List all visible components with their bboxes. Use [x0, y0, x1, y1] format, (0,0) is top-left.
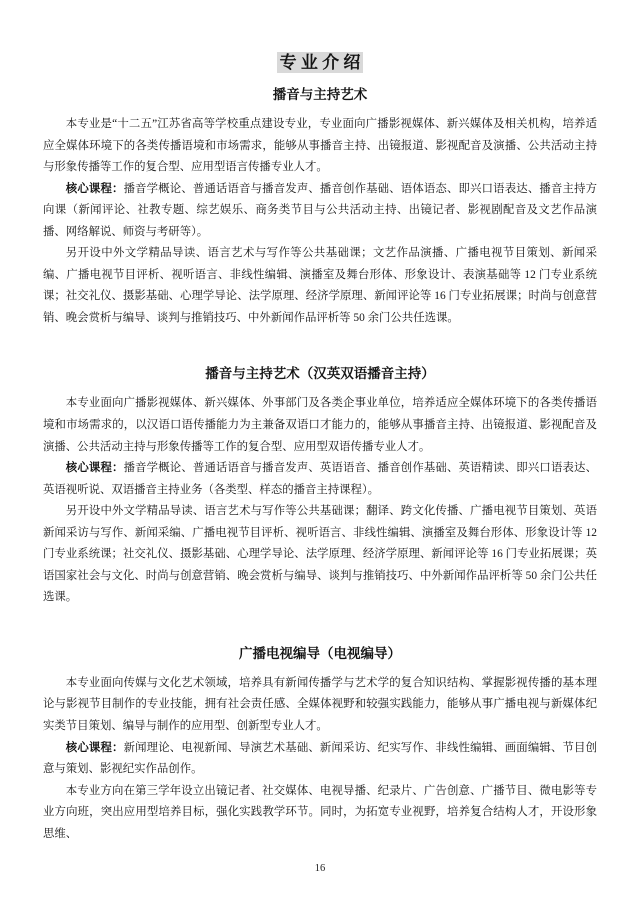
- document-page: 专 业 介 绍 播音与主持艺术 本专业是“十二五”江苏省高等学校重点建设专业，专…: [0, 0, 640, 905]
- paragraph: 核心课程：播音学概论、普通话语音与播音发声、播音创作基础、语体语态、即兴口语表达…: [43, 179, 597, 244]
- paragraph-text: 播音学概论、普通话语音与播音发声、播音创作基础、语体语态、即兴口语表达、播音主持…: [43, 183, 597, 238]
- section-heading: 播音与主持艺术: [43, 85, 597, 105]
- page-title-text: 专 业 介 绍: [277, 52, 364, 73]
- paragraph-text: 播音学概论、普通话语音与播音发声、英语语音、播音创作基础、英语精读、即兴口语表达…: [43, 462, 597, 496]
- paragraph-lead: 核心课程：: [66, 742, 124, 754]
- page-title: 专 业 介 绍: [43, 50, 597, 76]
- paragraph: 本专业面向广播影视媒体、新兴媒体、外事部门及各类企事业单位，培养适应全媒体环境下…: [43, 393, 597, 458]
- paragraph-text: 本专业方向在第三学年设立出镜记者、社交媒体、电视导播、纪录片、广告创意、广播节目…: [43, 785, 597, 840]
- section-broadcasting-hosting: 播音与主持艺术 本专业是“十二五”江苏省高等学校重点建设专业，专业面向广播影视媒…: [43, 85, 597, 329]
- paragraph: 另开设中外文学精品导读、语言艺术与写作等公共基础课；翻译、跨文化传播、广播电视节…: [43, 501, 597, 609]
- paragraph-text: 新闻理论、电视新闻、导演艺术基础、新闻采访、纪实写作、非线性编辑、画面编辑、节目…: [43, 742, 597, 776]
- paragraph-lead: 核心课程：: [66, 183, 124, 195]
- paragraph-text: 本专业面向传媒与文化艺术领域，培养具有新闻传播学与艺术学的复合知识结构、掌握影视…: [43, 677, 597, 732]
- paragraph-text: 本专业面向广播影视媒体、新兴媒体、外事部门及各类企事业单位，培养适应全媒体环境下…: [43, 397, 597, 452]
- paragraph: 本专业是“十二五”江苏省高等学校重点建设专业，专业面向广播影视媒体、新兴媒体及相…: [43, 114, 597, 179]
- paragraph-text: 另开设中外文学精品导读、语言艺术与写作等公共基础课；文艺作品演播、广播电视节目策…: [43, 247, 597, 324]
- page-number: 16: [0, 863, 640, 874]
- paragraph: 另开设中外文学精品导读、语言艺术与写作等公共基础课；文艺作品演播、广播电视节目策…: [43, 243, 597, 329]
- paragraph: 本专业面向传媒与文化艺术领域，培养具有新闻传播学与艺术学的复合知识结构、掌握影视…: [43, 673, 597, 738]
- section-bilingual-broadcasting: 播音与主持艺术（汉英双语播音主持） 本专业面向广播影视媒体、新兴媒体、外事部门及…: [43, 364, 597, 608]
- paragraph: 核心课程：播音学概论、普通话语音与播音发声、英语语音、播音创作基础、英语精读、即…: [43, 458, 597, 501]
- paragraph-text: 另开设中外文学精品导读、语言艺术与写作等公共基础课；翻译、跨文化传播、广播电视节…: [43, 505, 597, 603]
- paragraph: 核心课程：新闻理论、电视新闻、导演艺术基础、新闻采访、纪实写作、非线性编辑、画面…: [43, 738, 597, 781]
- paragraph-lead: 核心课程：: [66, 462, 124, 474]
- section-heading: 播音与主持艺术（汉英双语播音主持）: [43, 364, 597, 384]
- section-heading: 广播电视编导（电视编导）: [43, 644, 597, 664]
- paragraph-text: 本专业是“十二五”江苏省高等学校重点建设专业，专业面向广播影视媒体、新兴媒体及相…: [43, 118, 597, 173]
- section-tv-directing: 广播电视编导（电视编导） 本专业面向传媒与文化艺术领域，培养具有新闻传播学与艺术…: [43, 644, 597, 845]
- paragraph: 本专业方向在第三学年设立出镜记者、社交媒体、电视导播、纪录片、广告创意、广播节目…: [43, 781, 597, 846]
